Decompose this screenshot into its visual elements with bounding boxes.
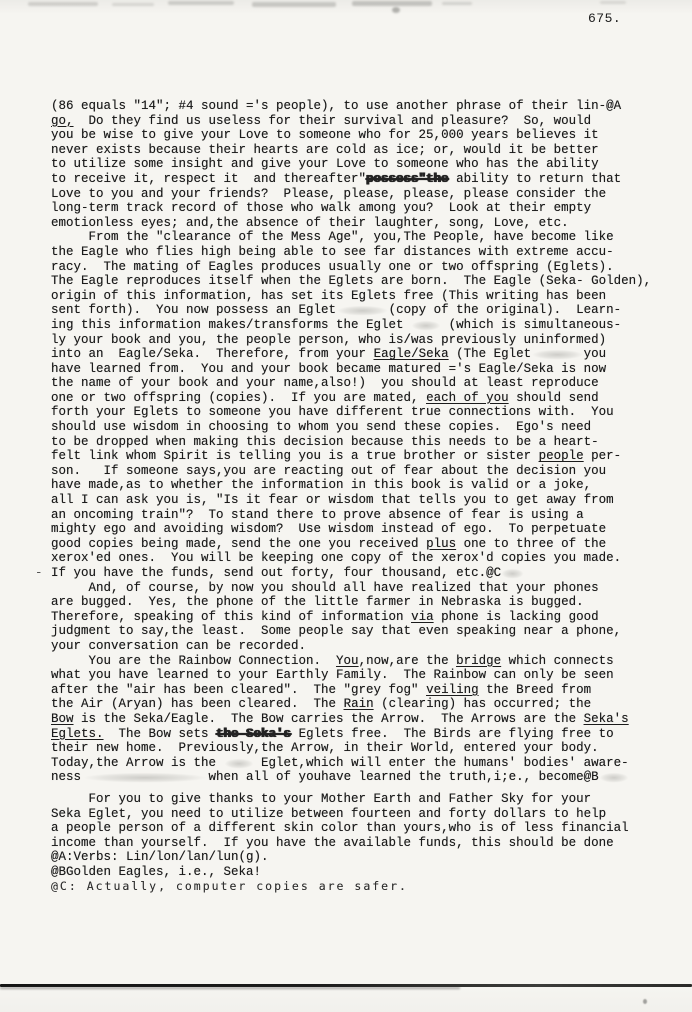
text-line: And, of course, by now you should all ha… — [51, 581, 651, 596]
text-line: what you have learned to your Earthly Fa… — [51, 668, 651, 683]
smudge-mark — [531, 347, 584, 361]
text-segment: sent forth). You now possess an Eglet — [51, 303, 336, 317]
text-segment: the Air (Aryan) has been cleared. The — [51, 697, 344, 711]
underlined-text: plus — [426, 537, 456, 551]
text-line: ness when all of youhave learned the tru… — [51, 770, 651, 785]
text-line: all I can ask you is, "Is it fear or wis… — [51, 493, 651, 508]
text-segment: racy. The mating of Eagles produces usua… — [51, 260, 614, 274]
text-line: Therefore, speaking of this kind of info… — [51, 610, 651, 625]
underlined-text: via — [411, 610, 434, 624]
text-segment: one or two offspring (copies). If you ar… — [51, 391, 426, 405]
text-line: @A:Verbs: Lin/lon/lan/lun(g). — [51, 850, 651, 865]
underlined-text: Eglets. — [51, 727, 104, 741]
underlined-text: Seka's — [584, 712, 629, 726]
text-line: have learned from. You and your book bec… — [51, 362, 651, 377]
text-line: into an Eagle/Seka. Therefore, from your… — [51, 347, 651, 362]
text-segment: The Bow sets — [104, 727, 217, 741]
text-line: one or two offspring (copies). If you ar… — [51, 391, 651, 406]
text-line: to utilize some insight and give your Lo… — [51, 157, 651, 172]
smudge-mark — [411, 318, 441, 332]
smudge-mark — [501, 566, 524, 580]
text-segment: Love to you and your friends? Please, pl… — [51, 187, 606, 201]
text-segment: to utilize some insight and give your Lo… — [51, 157, 599, 171]
alt-typeface-text: @C: Actually, computer copies are safer. — [51, 879, 408, 893]
margin-dash: - — [35, 566, 50, 581]
text-line: should use wisdom in choosing to whom yo… — [51, 420, 651, 435]
text-segment: felt link whom Spirit is telling you is … — [51, 449, 539, 463]
underlined-text: veiling — [426, 683, 479, 697]
text-line: origin of this information, has set its … — [51, 289, 651, 304]
scan-noise — [392, 7, 400, 13]
text-segment: good copies being made, send the one you… — [51, 537, 426, 551]
text-segment: xerox'ed ones. You will be keeping one c… — [51, 551, 621, 565]
text-segment: one to three of the — [456, 537, 606, 551]
text-line: the Eagle who flies high being able to s… — [51, 245, 651, 260]
scan-noise — [252, 2, 336, 7]
text-segment: ness — [51, 770, 81, 784]
text-segment: is the Seka/Eagle. The Bow carries the A… — [74, 712, 584, 726]
text-line: racy. The mating of Eagles produces usua… — [51, 260, 651, 275]
text-segment: which connects — [501, 654, 614, 668]
text-line: long-term track record of those who walk… — [51, 201, 651, 216]
text-segment: forth your Eglets to someone you have di… — [51, 405, 614, 419]
underlined-text: each of you — [426, 391, 509, 405]
text-line: have made,as to whether the information … — [51, 478, 651, 493]
page-number: 675. — [588, 11, 621, 26]
text-segment: If you have the funds, send out forty, f… — [51, 566, 501, 580]
text-segment: phone is lacking good — [434, 610, 599, 624]
text-segment: the Breed from — [479, 683, 592, 697]
text-line: @BGolden Eagles, i.e., Seka! — [51, 865, 651, 880]
text-line: income than yourself. If you have the av… — [51, 836, 651, 851]
text-line: sent forth). You now possess an Eglet (c… — [51, 303, 651, 318]
text-line: to be dropped when making this decision … — [51, 435, 651, 450]
text-segment: all I can ask you is, "Is it fear or wis… — [51, 493, 614, 507]
text-segment: (copy of the original). Learn- — [389, 303, 622, 317]
text-segment: ,now,are the — [359, 654, 457, 668]
text-segment: income than yourself. If you have the av… — [51, 836, 614, 850]
text-segment: origin of this information, has set its … — [51, 289, 606, 303]
underlined-text: people — [539, 449, 584, 463]
scan-noise — [442, 2, 472, 5]
underlined-text: bridge — [456, 654, 501, 668]
text-line: From the "clearance of the Mess Age", yo… — [51, 230, 651, 245]
text-segment: (86 equals "14"; #4 sound ='s people), t… — [51, 99, 621, 113]
text-segment: should send — [509, 391, 599, 405]
text-line: Today,the Arrow is the Eglet,which will … — [51, 756, 651, 771]
text-segment: into an Eagle/Seka. Therefore, from your — [51, 347, 374, 361]
text-segment: a people person of a different skin colo… — [51, 821, 629, 835]
text-line: The Eagle reproduces itself when the Egl… — [51, 274, 651, 289]
text-line: are bugged. Yes, the phone of the little… — [51, 595, 651, 610]
underlined-text: You — [336, 654, 359, 668]
text-line: - If you have the funds, send out forty,… — [51, 566, 651, 581]
text-line: Eglets. The Bow sets the Seka's Eglets f… — [51, 727, 651, 742]
text-line: the Air (Aryan) has been cleared. The Ra… — [51, 697, 651, 712]
scan-noise — [600, 1, 626, 4]
text-segment: Today,the Arrow is the — [51, 756, 224, 770]
text-segment: you — [584, 347, 607, 361]
smudge-mark — [599, 770, 629, 784]
text-segment: to be dropped when making this decision … — [51, 435, 599, 449]
text-line: after the "air has been cleared". The "g… — [51, 683, 651, 698]
text-segment: what you have learned to your Earthly Fa… — [51, 668, 614, 682]
text-segment: ly your book and you, the people person,… — [51, 333, 606, 347]
text-line: never exists because their hearts are co… — [51, 143, 651, 158]
text-segment: From the "clearance of the Mess Age", yo… — [51, 230, 614, 244]
text-line: judgment to say,the least. Some people s… — [51, 624, 651, 639]
underlined-text: Eagle/Seka — [374, 347, 449, 361]
smudge-mark — [224, 756, 254, 770]
text-line: You are the Rainbow Connection. You,now,… — [51, 654, 651, 669]
text-segment: You are the Rainbow Connection. — [51, 654, 336, 668]
text-segment: after the "air has been cleared". The "g… — [51, 683, 426, 697]
text-line: Bow is the Seka/Eagle. The Bow carries t… — [51, 712, 651, 727]
text-segment: son. If someone says,you are reacting ou… — [51, 464, 606, 478]
scanned-page: 675. (86 equals "14"; #4 sound ='s peopl… — [0, 0, 692, 1012]
scan-noise — [168, 1, 234, 5]
text-line: (86 equals "14"; #4 sound ='s people), t… — [51, 99, 651, 114]
text-segment: The Eagle reproduces itself when the Egl… — [51, 274, 651, 288]
text-line: a people person of a different skin colo… — [51, 821, 651, 836]
text-line: son. If someone says,you are reacting ou… — [51, 464, 651, 479]
text-segment: never exists because their hearts are co… — [51, 143, 599, 157]
text-segment: per- — [584, 449, 622, 463]
text-segment: should use wisdom in choosing to whom yo… — [51, 420, 591, 434]
text-segment: emotionless eyes; and,the absence of the… — [51, 216, 569, 230]
text-line: the name of your book and your name,also… — [51, 376, 651, 391]
smudge-mark — [81, 770, 209, 784]
text-line: good copies being made, send the one you… — [51, 537, 651, 552]
text-line: to receive it, respect it and thereafter… — [51, 172, 651, 187]
text-line: ly your book and you, the people person,… — [51, 333, 651, 348]
scan-noise — [28, 2, 98, 6]
text-line: Seka Eglet, you need to utilize between … — [51, 807, 651, 822]
text-line: emotionless eyes; and,the absence of the… — [51, 216, 651, 231]
text-line: For you to give thanks to your Mother Ea… — [51, 792, 651, 807]
text-line: you be wise to give your Love to someone… — [51, 128, 651, 143]
scan-noise — [352, 1, 432, 6]
text-line: go, Do they find us useless for their su… — [51, 114, 651, 129]
underlined-text: Rain — [344, 697, 374, 711]
text-segment: Do they find us useless for their surviv… — [74, 114, 592, 128]
text-segment: long-term track record of those who walk… — [51, 201, 591, 215]
text-segment: Eglet,which will enter the humans' bodie… — [254, 756, 629, 770]
struck-text: possess"the — [366, 172, 449, 186]
text-segment: Seka Eglet, you need to utilize between … — [51, 807, 606, 821]
text-line: forth your Eglets to someone you have di… — [51, 405, 651, 420]
text-segment: ing this information makes/transforms th… — [51, 318, 411, 332]
document-body: (86 equals "14"; #4 sound ='s people), t… — [51, 99, 651, 894]
text-segment: their new home. Previously,the Arrow, in… — [51, 741, 599, 755]
smudge-mark — [336, 303, 389, 317]
text-line: ing this information makes/transforms th… — [51, 318, 651, 333]
text-segment: when all of youhave learned the truth,i;… — [209, 770, 599, 784]
text-line: an oncoming train"? To stand there to pr… — [51, 508, 651, 523]
text-line: their new home. Previously,the Arrow, in… — [51, 741, 651, 756]
text-segment: the name of your book and your name,also… — [51, 376, 599, 390]
text-segment: Eglets free. The Birds are flying free t… — [291, 727, 614, 741]
text-segment: mighty ego and avoiding wisdom? Use wisd… — [51, 522, 606, 536]
struck-text: the Seka's — [216, 727, 291, 741]
underlined-text: Bow — [51, 712, 74, 726]
text-segment: you be wise to give your Love to someone… — [51, 128, 599, 142]
text-segment: to receive it, respect it and thereafter… — [51, 172, 366, 186]
text-segment: (The Eglet — [449, 347, 532, 361]
underlined-text: go, — [51, 114, 74, 128]
text-segment: are bugged. Yes, the phone of the little… — [51, 595, 584, 609]
text-line: xerox'ed ones. You will be keeping one c… — [51, 551, 651, 566]
text-segment: @BGolden Eagles, i.e., Seka! — [51, 865, 261, 879]
text-segment: (which is simultaneous- — [441, 318, 621, 332]
scan-noise — [112, 3, 154, 6]
text-segment: an oncoming train"? To stand there to pr… — [51, 508, 584, 522]
text-segment: ability to return that — [449, 172, 622, 186]
text-segment: your conversation can be recorded. — [51, 639, 306, 653]
text-line: felt link whom Spirit is telling you is … — [51, 449, 651, 464]
scan-speck — [643, 999, 647, 1004]
text-segment: And, of course, by now you should all ha… — [51, 581, 599, 595]
text-segment: Therefore, speaking of this kind of info… — [51, 610, 411, 624]
scan-edge-line-shadow — [0, 987, 460, 989]
text-segment: (clearing) has occurred; the — [374, 697, 592, 711]
text-segment: judgment to say,the least. Some people s… — [51, 624, 621, 638]
text-segment: have made,as to whether the information … — [51, 478, 591, 492]
text-segment: the Eagle who flies high being able to s… — [51, 245, 614, 259]
text-segment: For you to give thanks to your Mother Ea… — [51, 792, 591, 806]
text-line: @C: Actually, computer copies are safer. — [51, 879, 651, 894]
text-segment: @A:Verbs: Lin/lon/lan/lun(g). — [51, 850, 269, 864]
text-line: Love to you and your friends? Please, pl… — [51, 187, 651, 202]
text-line: mighty ego and avoiding wisdom? Use wisd… — [51, 522, 651, 537]
text-line: your conversation can be recorded. — [51, 639, 651, 654]
text-segment: have learned from. You and your book bec… — [51, 362, 606, 376]
